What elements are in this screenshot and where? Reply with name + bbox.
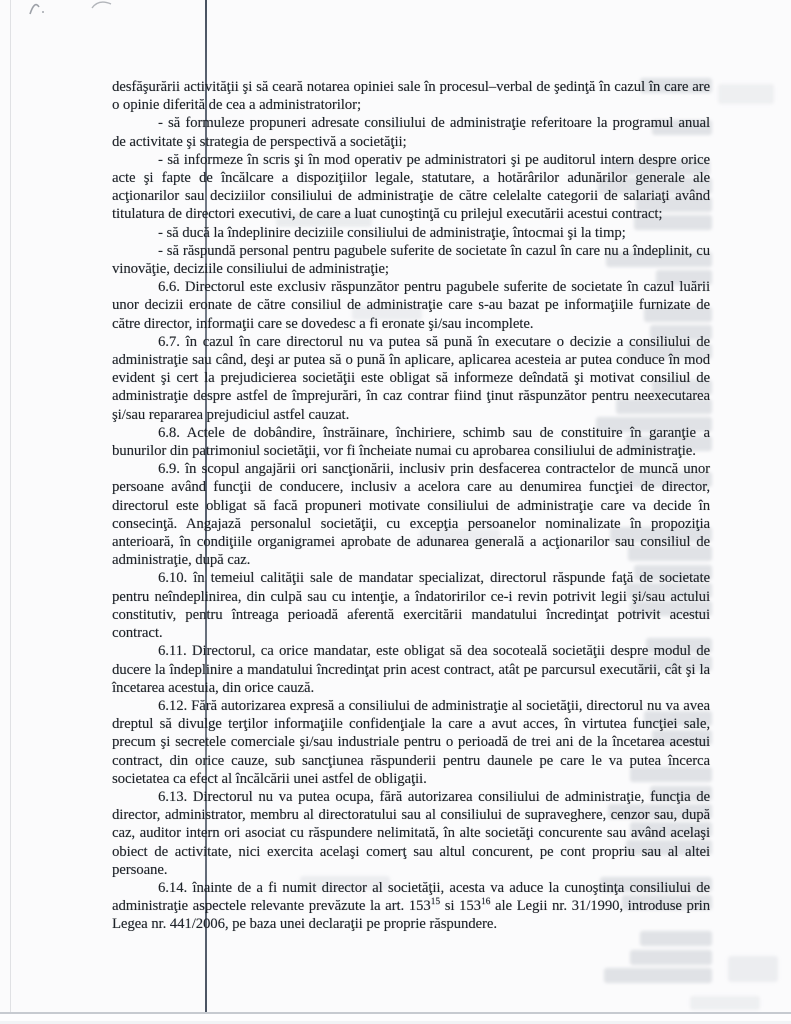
scan-artifact	[690, 996, 760, 1010]
para-6-12: 6.12. Fără autorizarea expresă a consili…	[112, 697, 710, 788]
para-6-7: 6.7. în cazul în care directorul nu va p…	[112, 333, 710, 424]
para-6-6: 6.6. Directorul este exclusiv răspunzăto…	[112, 278, 710, 333]
para-6-11: 6.11. Directorul, ca orice mandatar, est…	[112, 642, 710, 697]
para-item-duca: - să ducă la îndeplinire deciziile consi…	[112, 224, 710, 242]
page-left-edge-line	[10, 0, 11, 1012]
para-item-formuleze: - să formuleze propuneri adresate consil…	[112, 114, 710, 150]
scan-artifact	[604, 968, 712, 983]
scan-artifact	[728, 956, 778, 982]
scan-artifact	[630, 950, 712, 965]
para-6-10: 6.10. în temeiul calităţii sale de manda…	[112, 569, 710, 642]
scanned-page: desfăşurării activităţii şi să ceară not…	[0, 0, 791, 1024]
para-item-raspunda: - să răspundă personal pentru pagubele s…	[112, 242, 710, 278]
scan-artifact	[718, 84, 774, 104]
pen-mark-squiggles	[0, 0, 120, 20]
document-text: desfăşurării activităţii şi să ceară not…	[112, 78, 710, 934]
pen-marks	[0, 0, 120, 25]
para-6-8: 6.8. Actele de dobândire, înstrăinare, î…	[112, 424, 710, 460]
para-6-14: 6.14. înainte de a fi numit director al …	[112, 879, 710, 934]
para-6-5-continuation: desfăşurării activităţii şi să ceară not…	[112, 78, 710, 114]
para-6-13: 6.13. Directorul nu va putea ocupa, fără…	[112, 788, 710, 879]
para-6-9: 6.9. în scopul angajării ori sancţionări…	[112, 460, 710, 569]
para-item-informeze: - să informeze în scris şi în mod operat…	[112, 151, 710, 224]
page-bottom-strip	[0, 1014, 791, 1021]
